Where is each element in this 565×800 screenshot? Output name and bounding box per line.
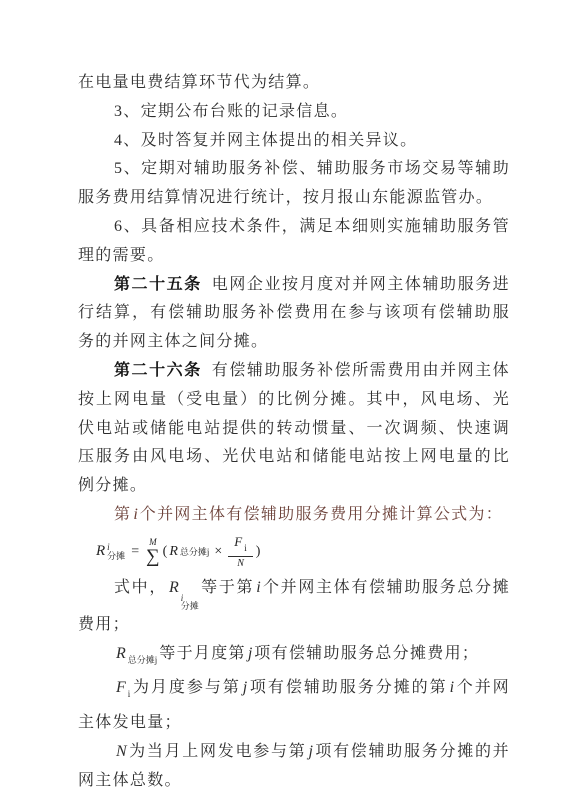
article-25-heading: 第二十五条: [114, 276, 202, 293]
article-26-heading: 第二十六条: [114, 362, 202, 379]
subscript-fentan: 分摊: [181, 602, 199, 611]
text-run: 项有偿辅助服务分摊的第: [249, 679, 447, 696]
definition-n: N为当月上网发电参与第j项有偿辅助服务分摊的并网主体总数。: [78, 738, 510, 796]
math-var-N: N: [114, 743, 129, 760]
subscript-fentan: 分摊: [107, 552, 125, 561]
cost-allocation-formula: Ri分摊 = M∑ ( R总分摊j × FiN ): [94, 533, 510, 571]
list-item-6: 6、具备相应技术条件，满足本细则实施辅助服务管理的需要。: [78, 213, 510, 271]
math-var-R-total: R: [167, 544, 180, 560]
math-var-R: R: [167, 579, 181, 596]
article-25-paragraph: 第二十五条电网企业按月度对并网主体辅助服务进行结算，有偿辅助服务补偿费用在参与该…: [78, 271, 510, 357]
equals-sign: =: [127, 544, 143, 560]
formula-intro-line: 第i个并网主体有偿辅助服务费用分摊计算公式为：: [78, 501, 510, 530]
math-var-R: R: [94, 543, 107, 560]
list-item-3: 3、定期公布台账的记录信息。: [78, 98, 510, 127]
text-run: 等于第: [201, 579, 254, 596]
text-run: 式中，: [114, 579, 167, 596]
right-paren: ): [256, 544, 261, 560]
subscript-zongfentan-j: 总分摊j: [180, 545, 210, 558]
multiplication-sign: ×: [211, 544, 225, 560]
r-share-scripts: i分摊: [181, 594, 199, 611]
text-run: 等于月度第: [159, 645, 246, 662]
list-item-4: 4、及时答复并网主体提出的相关异议。: [78, 127, 510, 156]
sigma-glyph: ∑: [146, 547, 160, 566]
subscript-i: i: [244, 543, 247, 553]
definition-r-share: 式中，Ri分摊等于第i个并网主体有偿辅助服务总分摊费用；: [78, 574, 510, 640]
text-run: 为当月上网发电参与第: [129, 743, 307, 760]
math-var-j: j: [306, 743, 314, 760]
paragraph-settlement-continuation: 在电量电费结算环节代为结算。: [78, 69, 510, 98]
subscript-i: i: [128, 689, 131, 699]
summation-symbol: M∑: [146, 538, 160, 566]
document-page: 在电量电费结算环节代为结算。 3、定期公布台账的记录信息。 4、及时答复并网主体…: [0, 0, 565, 800]
article-26-paragraph: 第二十六条有偿辅助服务补偿所需费用由并网主体按上网电量（受电量）的比例分摊。其中…: [78, 357, 510, 501]
math-var-j: j: [241, 679, 249, 696]
math-var-i: i: [254, 579, 262, 596]
math-var-R: R: [114, 645, 128, 662]
text-run: 第: [114, 506, 131, 523]
math-var-F: F: [114, 679, 128, 696]
list-item-5: 5、定期对辅助服务补偿、辅助服务市场交易等辅助服务费用结算情况进行统计，按月报山…: [78, 155, 510, 213]
fraction-denominator: N: [237, 557, 244, 569]
fraction-numerator: Fi: [228, 535, 252, 557]
formula-lhs-scripts: i分摊: [107, 543, 125, 560]
text-run: 为月度参与第: [132, 679, 241, 696]
math-var-i: i: [448, 679, 456, 696]
formula-fraction: FiN: [228, 535, 252, 569]
article-26-text: 有偿辅助服务补偿所需费用由并网主体按上网电量（受电量）的比例分摊。其中，风电场、…: [78, 362, 510, 494]
definition-f: Fi为月度参与第j项有偿辅助服务分摊的第i个并网主体发电量；: [78, 674, 510, 738]
document-content: 在电量电费结算环节代为结算。 3、定期公布台账的记录信息。 4、及时答复并网主体…: [78, 69, 510, 796]
text-run: 项有偿辅助服务总分摊费用；: [254, 645, 479, 662]
definition-r-total: R总分摊j等于月度第j项有偿辅助服务总分摊费用；: [78, 640, 510, 675]
math-var-j: j: [246, 645, 254, 662]
subscript-zongfentan-j: 总分摊j: [128, 655, 158, 665]
math-var-F: F: [232, 534, 244, 549]
math-var-i: i: [131, 506, 139, 523]
text-run: 个并网主体有偿辅助服务费用分摊计算公式为：: [140, 506, 503, 523]
